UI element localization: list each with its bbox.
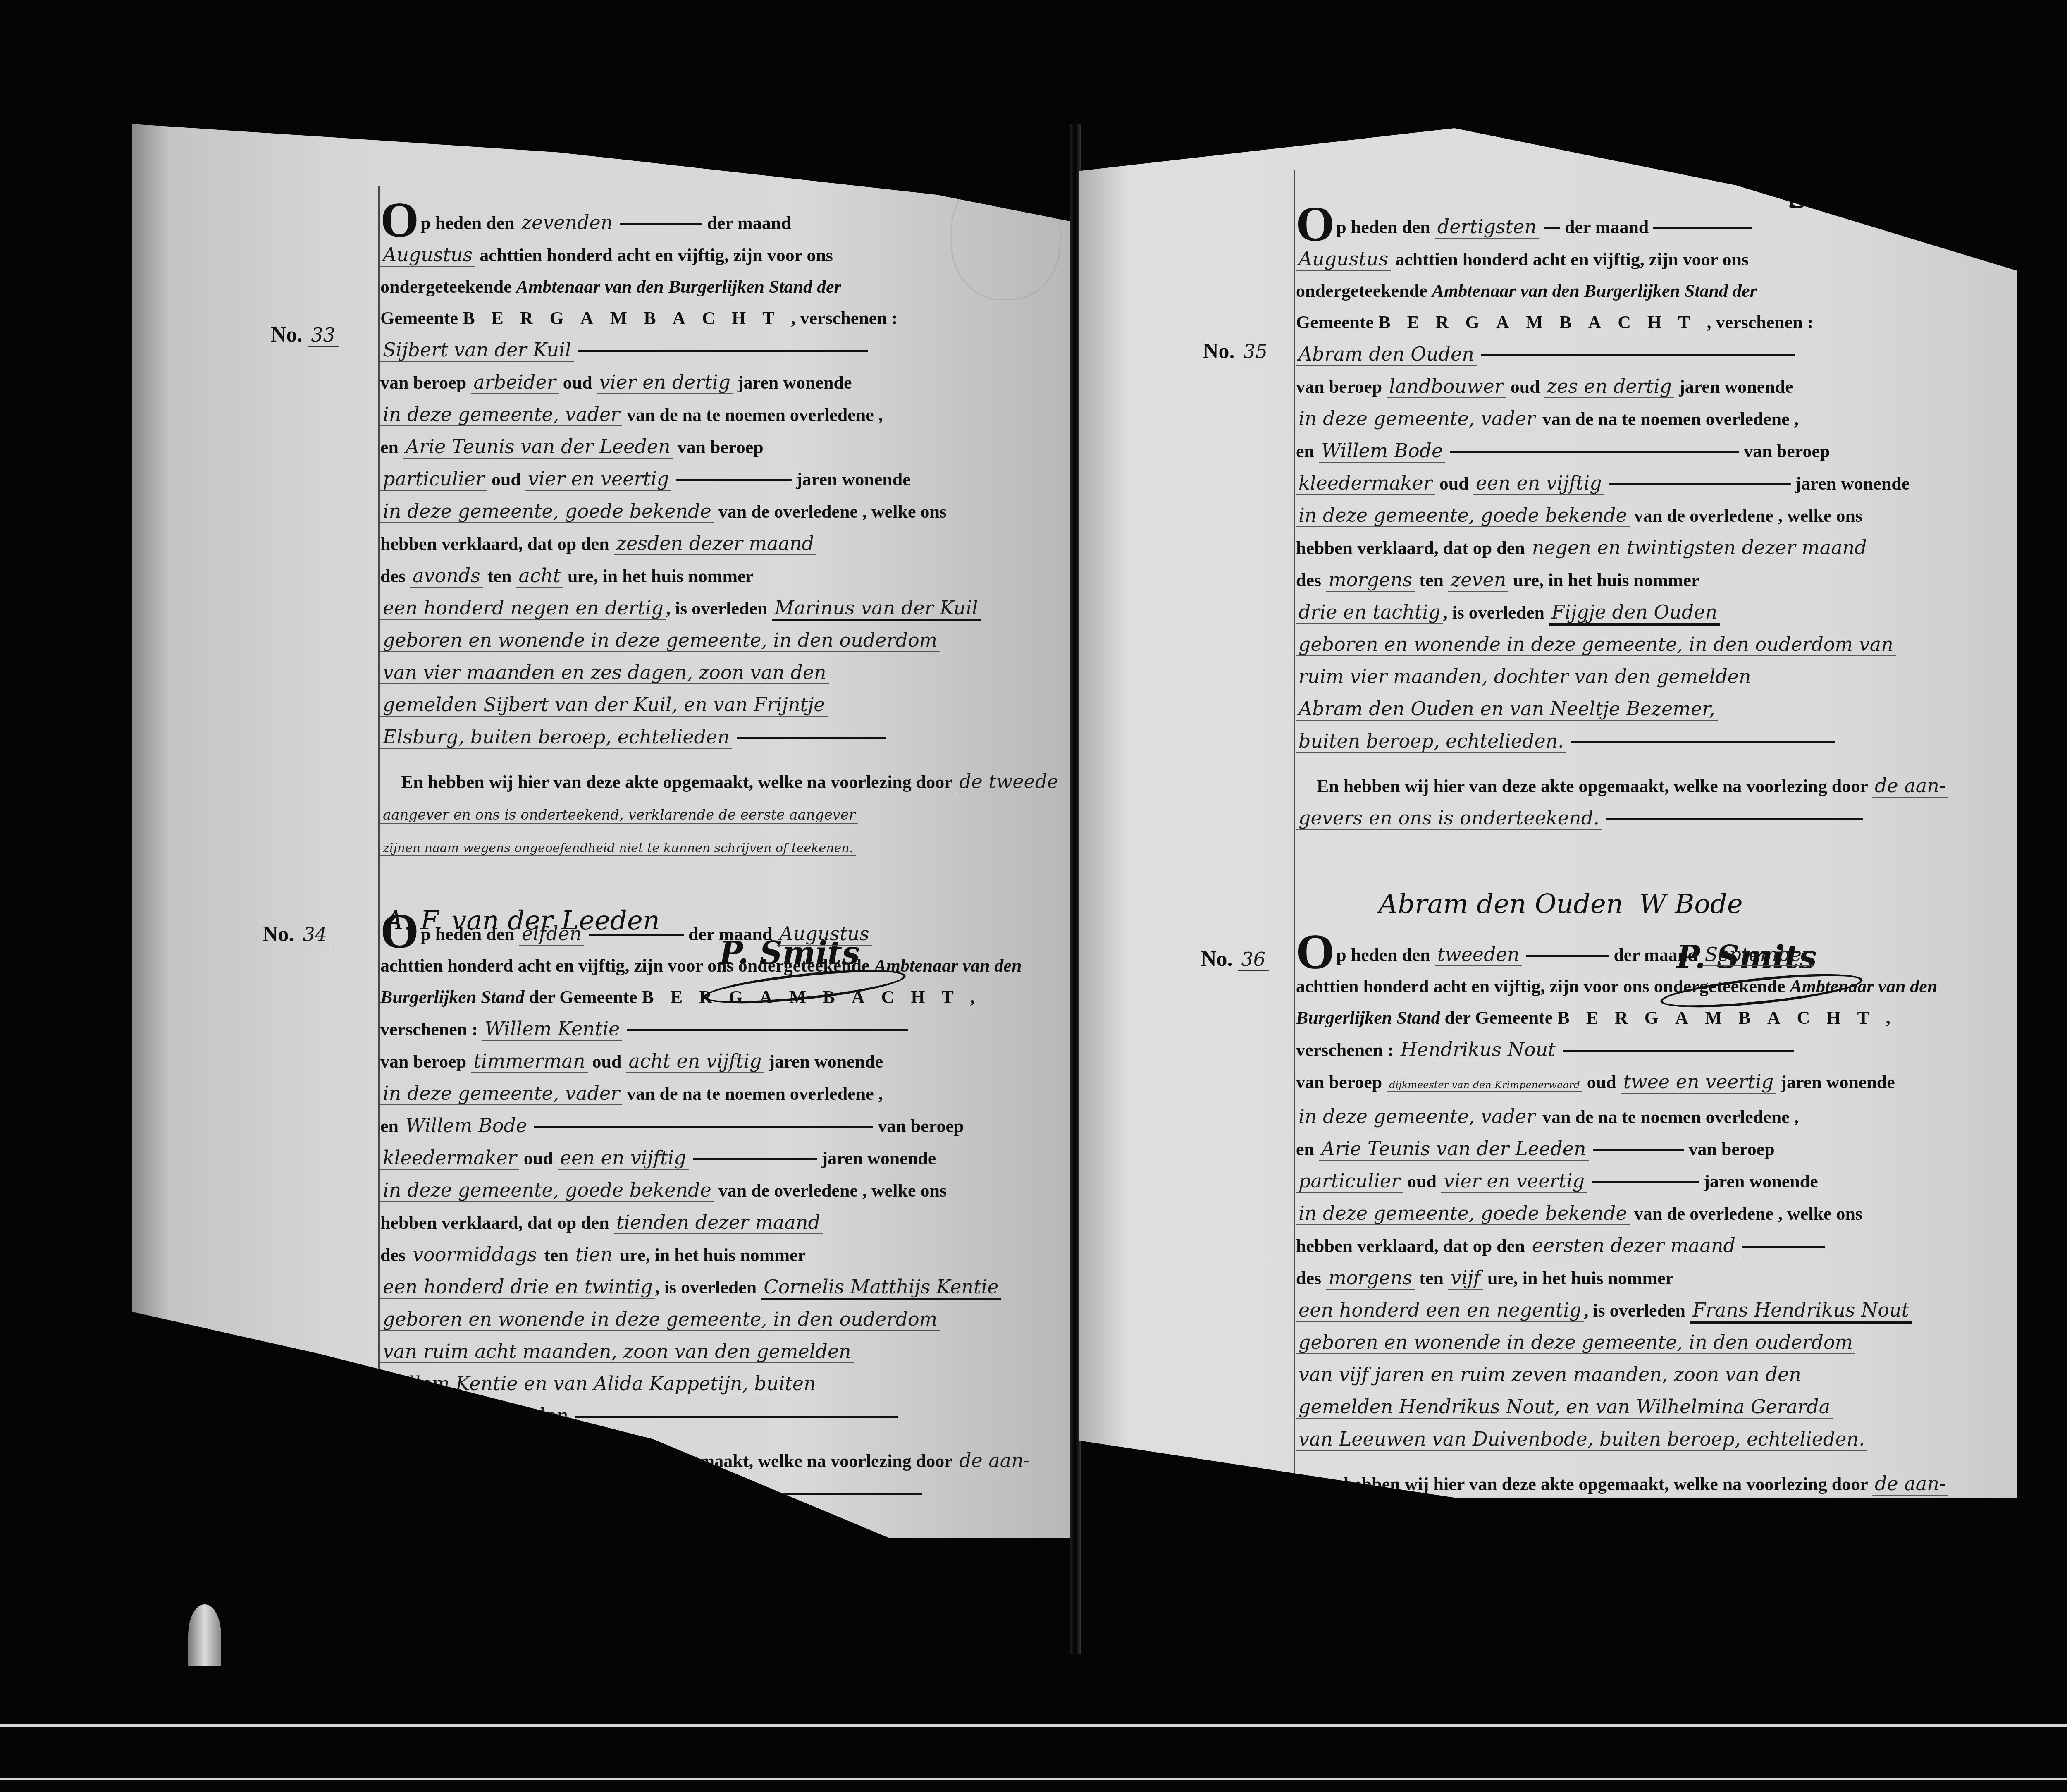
death-record-34: Op heden den elfden der maand Augustus a… bbox=[380, 918, 1062, 1509]
record-number: No. 33 bbox=[271, 323, 339, 347]
deceased-name: Frans Hendrikus Nout bbox=[1690, 1299, 1912, 1324]
record-number: No. 35 bbox=[1203, 339, 1271, 363]
deceased-name: Fijgje den Ouden bbox=[1549, 601, 1720, 626]
death-record-33: Op heden den zevenden der maand Augustus… bbox=[380, 207, 1062, 864]
deceased-name: Cornelis Matthijs Kentie bbox=[761, 1276, 1001, 1300]
margin-rule bbox=[378, 186, 380, 1538]
death-record-36: Op heden den tweeden der maand September… bbox=[1296, 939, 1978, 1532]
record-number: No. 34 bbox=[263, 922, 330, 946]
record-number: No. 36 bbox=[1201, 947, 1269, 971]
declarant-name: Hendrikus Nout bbox=[1398, 1038, 1558, 1061]
right-page: 9B 34 kren. No. 35 Op heden den dertigst… bbox=[1079, 128, 2017, 1555]
death-record-35: Op heden den dertigsten der maand August… bbox=[1296, 211, 1978, 834]
folio-number: 9B 34 bbox=[1788, 165, 1922, 218]
bookmark-tab bbox=[188, 1604, 221, 1666]
declarant-name: Willem Kentie bbox=[482, 1018, 622, 1041]
witness-name: Arie Teunis van der Leeden bbox=[1319, 1137, 1589, 1161]
signature-declarant: Abram den Ouden bbox=[1379, 889, 1623, 920]
deceased-name: Marinus van der Kuil bbox=[772, 597, 981, 621]
declarant-name: Sijbert van der Kuil bbox=[380, 339, 574, 362]
margin-rule bbox=[1294, 170, 1295, 1555]
signature-witness: W Bode bbox=[1639, 889, 1743, 920]
witness-name: Willem Bode bbox=[1319, 440, 1445, 463]
scan-border-line bbox=[0, 1724, 2067, 1727]
folio-note: kren. bbox=[1960, 182, 1993, 201]
scan-border-line bbox=[0, 1778, 2067, 1780]
left-page: No. 33 Op heden den zevenden der maand A… bbox=[132, 124, 1079, 1538]
witness-name: Willem Bode bbox=[403, 1114, 530, 1137]
witness-name: Arie Teunis van der Leeden bbox=[403, 435, 673, 459]
declarant-name: Abram den Ouden bbox=[1296, 343, 1477, 366]
